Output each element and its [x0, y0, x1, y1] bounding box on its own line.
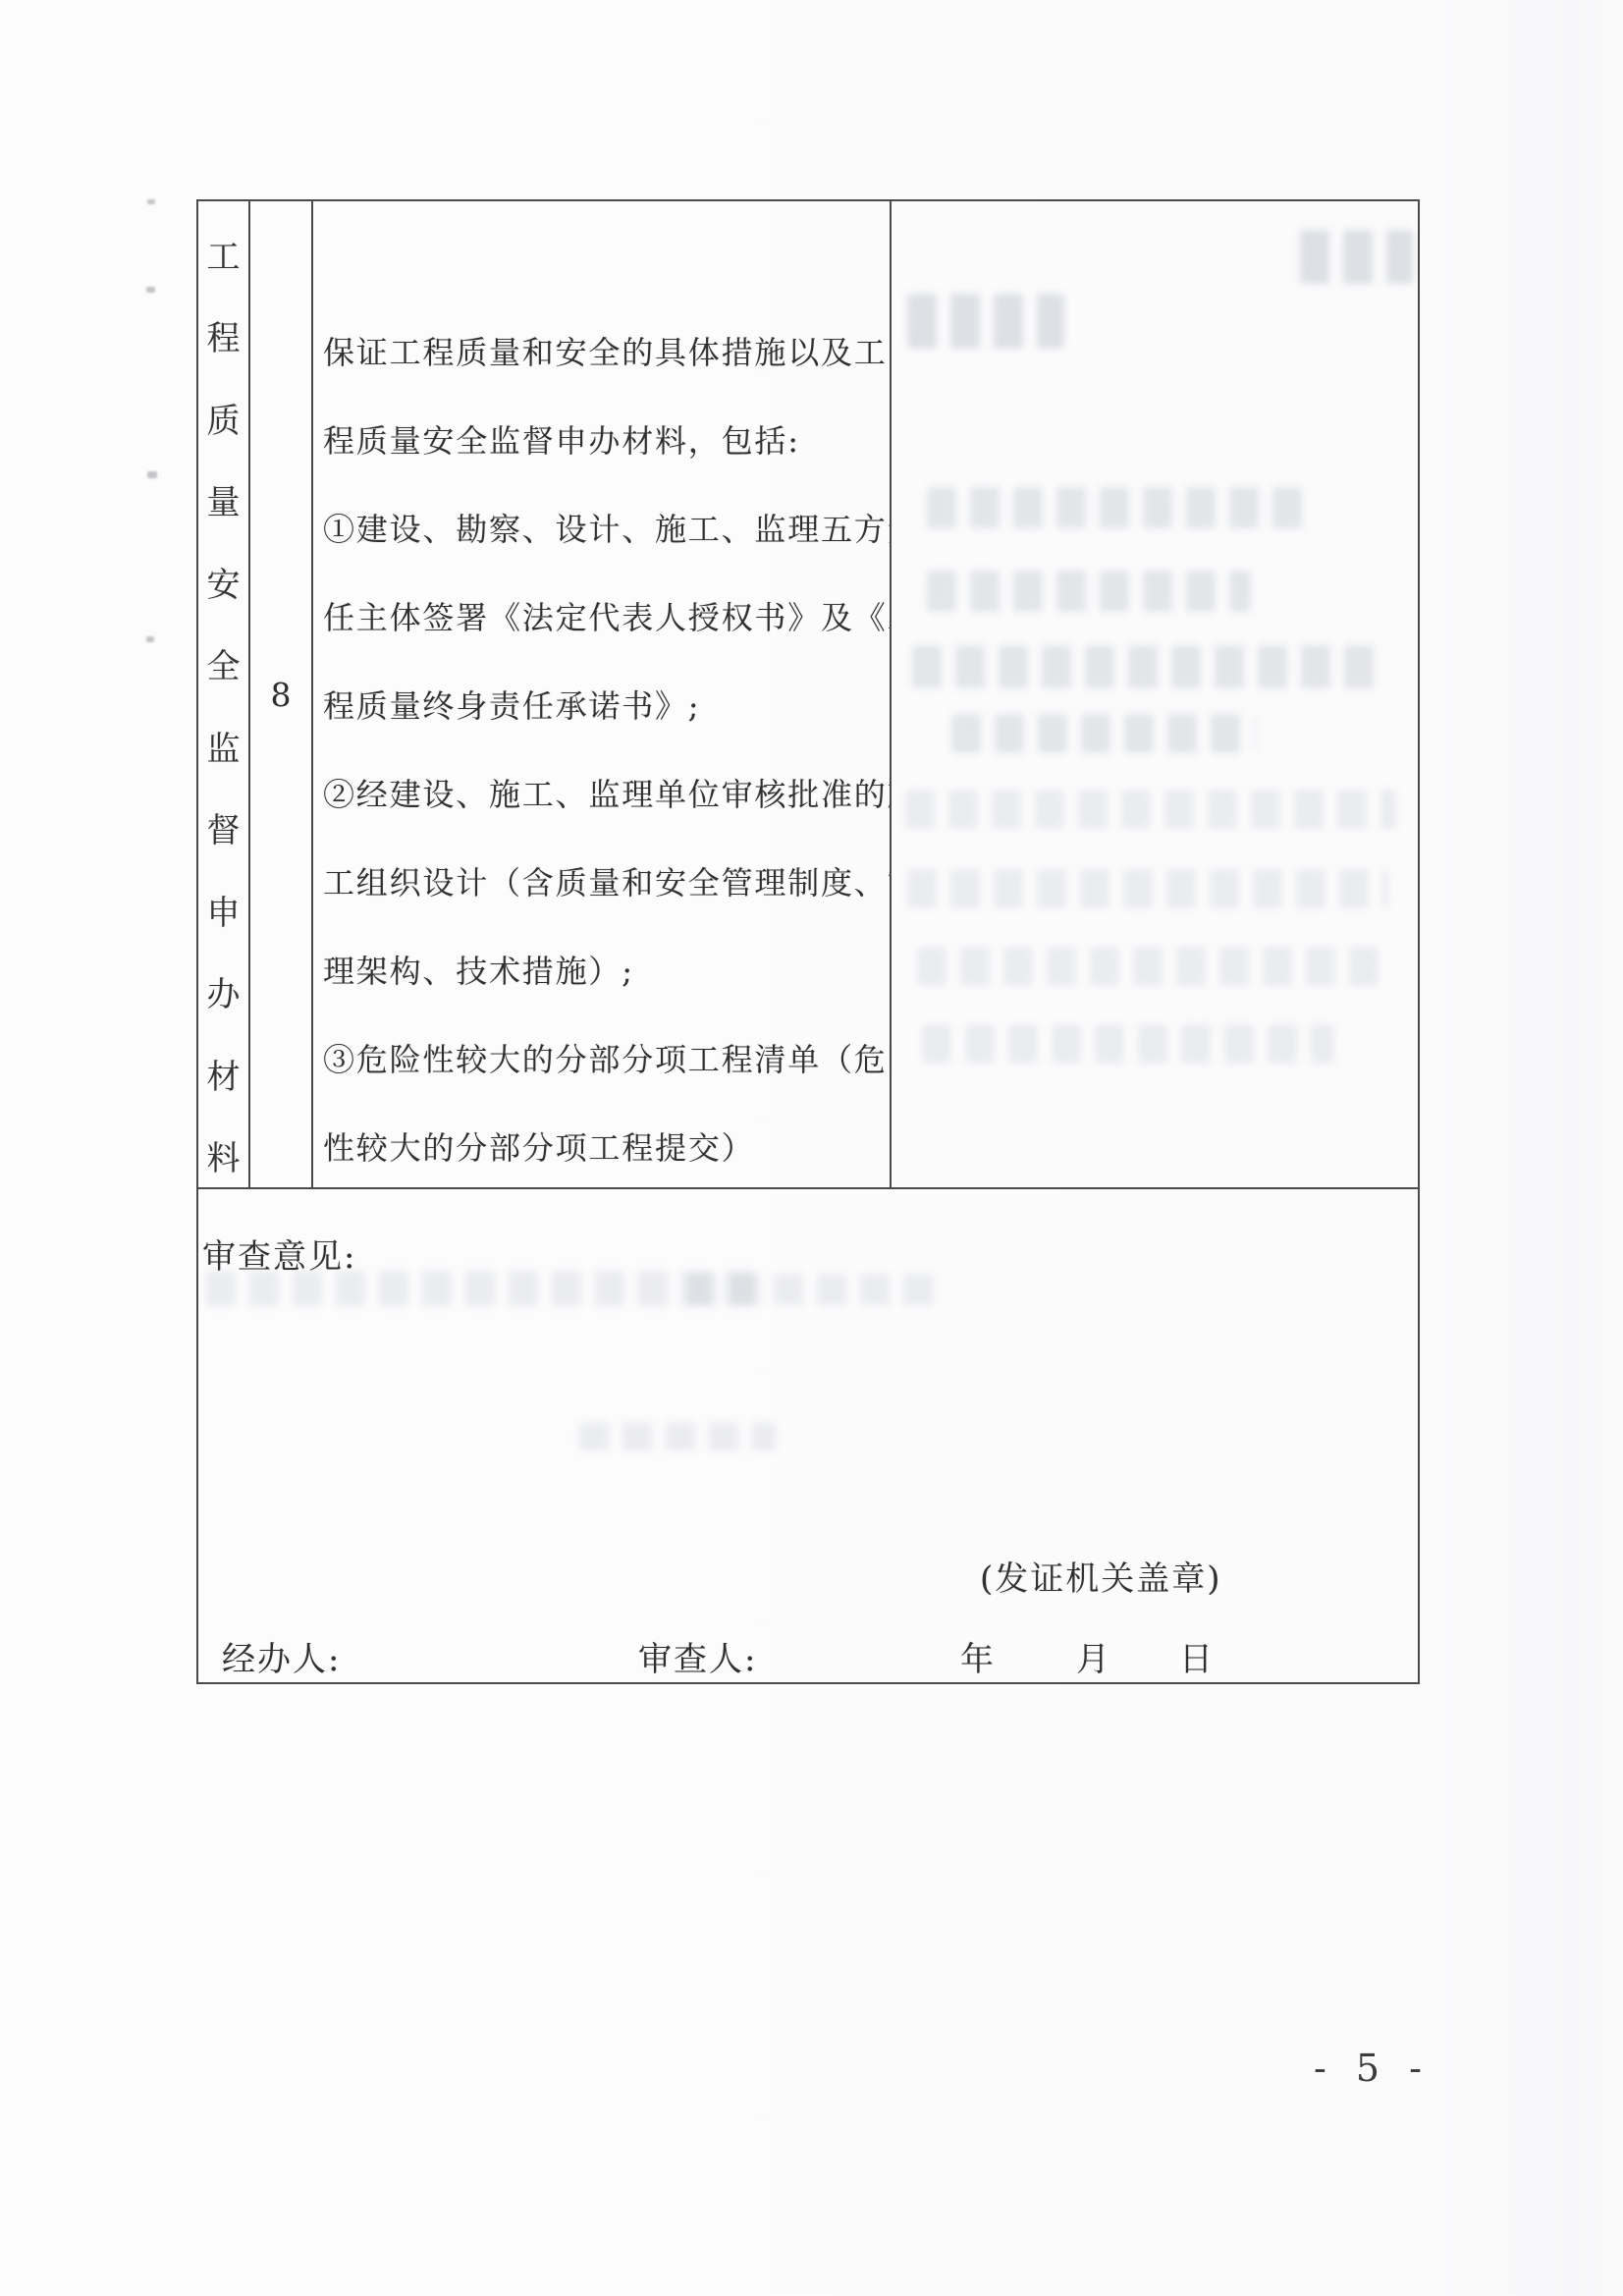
scan-speck [146, 636, 154, 642]
category-char: 量 [207, 486, 241, 519]
category-char: 监 [207, 733, 241, 766]
materials-line: 保证工程质量和安全的具体措施以及工 [323, 330, 886, 418]
supervision-application-form-table: 工 程 质 量 安 全 监 督 申 办 材 料 8 保证工程质量和安全的具体措施… [196, 199, 1420, 1684]
bleedthrough-artifact [927, 571, 1251, 612]
category-char: 全 [207, 650, 241, 683]
materials-line: 工组织设计（含质量和安全管理制度、管 [323, 860, 886, 949]
materials-line: 程质量安全监督申办材料，包括: [323, 418, 886, 507]
notes-cell [892, 201, 1418, 1189]
category-char: 程 [207, 322, 241, 355]
day-label: 日 [1179, 1632, 1215, 1680]
materials-line: ③危险性较大的分部分项工程清单（危险 [323, 1037, 886, 1125]
bleedthrough-artifact [579, 1423, 776, 1450]
row-number: 8 [271, 676, 292, 714]
month-label: 月 [1076, 1632, 1111, 1680]
scan-speck [147, 471, 157, 478]
bleedthrough-artifact [1300, 230, 1413, 284]
category-char: 安 [207, 569, 241, 602]
materials-line: 性较大的分部分项工程提交） [323, 1125, 886, 1189]
category-char: 申 [207, 897, 241, 930]
review-opinion-label: 审查意见: [202, 1230, 356, 1278]
row-number-cell: 8 [250, 201, 313, 1189]
category-char: 督 [207, 814, 241, 847]
bleedthrough-artifact [951, 714, 1256, 753]
scan-speck [147, 199, 155, 204]
bleedthrough-artifact [907, 869, 1388, 908]
category-char: 办 [207, 978, 241, 1011]
category-char: 材 [207, 1061, 241, 1094]
page-number: - 5 - [1314, 2047, 1431, 2090]
bleedthrough-artifact [912, 645, 1383, 688]
materials-line: 任主体签署《法定代表人授权书》及《工 [323, 595, 886, 683]
bleedthrough-artifact [917, 947, 1379, 986]
scan-speck [146, 287, 155, 293]
bleedthrough-artifact [687, 1274, 943, 1305]
bleedthrough-artifact [905, 790, 1396, 829]
bleedthrough-artifact [907, 294, 1064, 349]
review-opinion-cell: 审查意见: (发证机关盖章) 经办人: 审查人: 年 月 日 [198, 1189, 1418, 1682]
bleedthrough-artifact [927, 487, 1305, 528]
materials-cell: 保证工程质量和安全的具体措施以及工 程质量安全监督申办材料，包括: ①建设、勘察… [313, 201, 892, 1189]
year-label: 年 [960, 1632, 996, 1680]
materials-line: ②经建设、施工、监理单位审核批准的施 [323, 772, 886, 860]
category-char: 质 [207, 405, 241, 438]
handler-label: 经办人: [222, 1632, 341, 1680]
materials-line: 理架构、技术措施）; [323, 949, 886, 1037]
materials-line: 程质量终身责任承诺书》; [323, 683, 886, 772]
reviewer-label: 审查人: [638, 1632, 757, 1680]
issuing-authority-seal-note: (发证机关盖章) [980, 1552, 1222, 1600]
category-char: 料 [207, 1142, 241, 1175]
materials-line: ①建设、勘察、设计、施工、监理五方责 [323, 507, 886, 595]
category-char: 工 [207, 241, 241, 274]
category-label-cell: 工 程 质 量 安 全 监 督 申 办 材 料 [198, 201, 250, 1189]
bleedthrough-artifact [922, 1024, 1334, 1064]
